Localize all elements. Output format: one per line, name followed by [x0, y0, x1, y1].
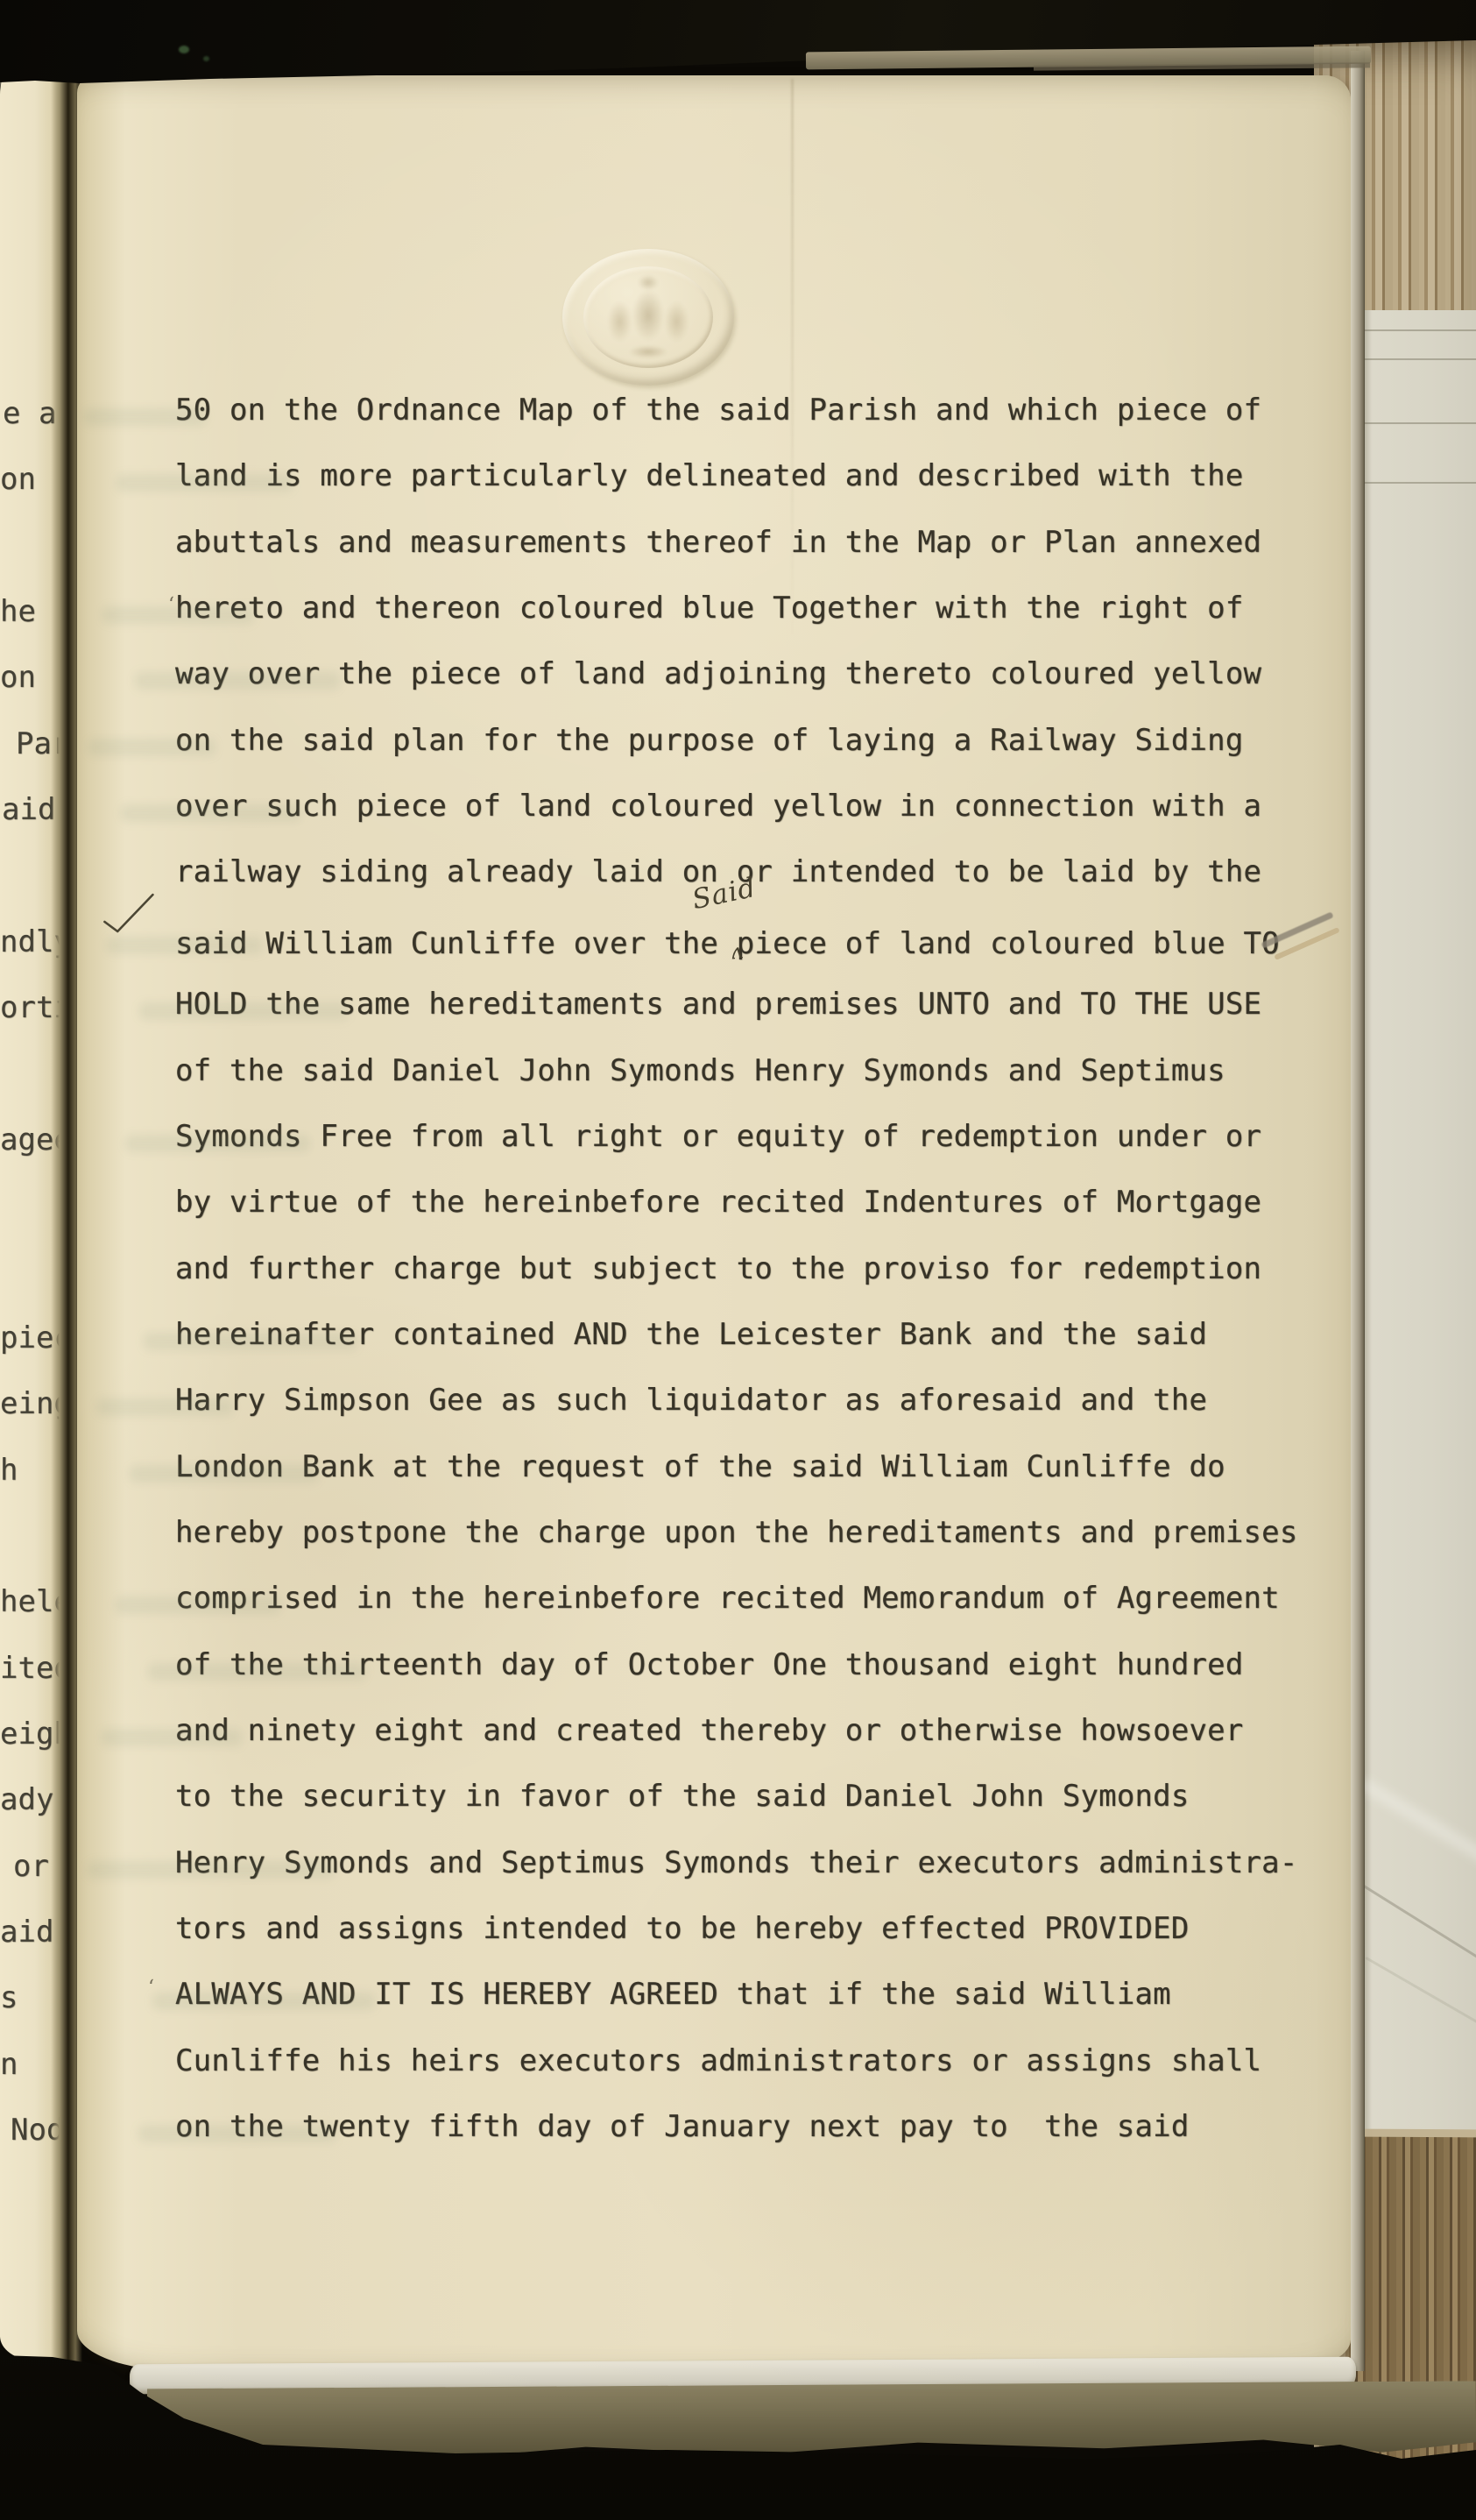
sheet-bottom-edge	[1363, 2129, 1476, 2138]
bleed-through-mark	[138, 2125, 336, 2142]
stray-tick-mark: ʻ	[148, 1977, 154, 1999]
bleed-through-mark	[152, 1993, 375, 2010]
bleed-through-mark	[121, 804, 301, 822]
margin-text-fragment: ady	[0, 1782, 53, 1817]
typewritten-line: hereto and thereon coloured blue Togethe…	[175, 591, 1244, 626]
bleed-through-mark	[107, 937, 263, 954]
typewritten-line: Cunliffe his heirs executors administrat…	[175, 2043, 1261, 2078]
margin-text-fragment: on	[0, 462, 36, 497]
green-fiber-speck	[203, 56, 209, 61]
margin-text-fragment: on	[0, 660, 36, 695]
bleed-through-mark	[116, 1596, 280, 1614]
sheet-fold-line	[1361, 358, 1476, 360]
bleed-through-mark	[97, 1398, 233, 1416]
bleed-through-mark	[130, 1465, 319, 1483]
handwritten-checkmark-icon	[100, 892, 159, 939]
green-fiber-speck	[179, 46, 189, 53]
sheet-crease	[1362, 1885, 1476, 1985]
bleed-through-mark	[139, 1002, 349, 1020]
bleed-through-mark	[125, 1135, 310, 1152]
typewritten-line: over such piece of land coloured yellow …	[175, 789, 1261, 824]
bleed-through-mark	[102, 1729, 242, 1746]
typewritten-line: and ninety eight and created thereby or …	[175, 1713, 1244, 1748]
typewritten-line: tors and assigns intended to be hereby e…	[175, 1911, 1190, 1946]
scanned-document-photo: e andonheonParkaidndlyortioageespieceein…	[0, 0, 1476, 2520]
bleed-through-mark	[117, 474, 293, 492]
bleed-through-mark	[102, 606, 254, 624]
sheet-crease	[1365, 1957, 1476, 2057]
bleed-through-mark	[88, 739, 215, 756]
typewritten-line: on the said plan for the purpose of layi…	[175, 723, 1244, 758]
typewritten-line: Henry Symonds and Septimus Symonds their…	[175, 1845, 1298, 1880]
margin-text-fragment: he	[0, 594, 36, 629]
typewritten-line: land is more particularly delineated and…	[175, 458, 1244, 493]
margin-text-fragment: aid	[0, 1915, 53, 1950]
typewritten-line: London Bank at the request of the said W…	[175, 1449, 1225, 1484]
typewritten-line: comprised in the hereinbefore recited Me…	[175, 1581, 1280, 1616]
bleed-through-mark	[88, 1861, 335, 1879]
typewritten-line: to the security in favor of the said Dan…	[175, 1779, 1190, 1814]
embossed-royal-seal	[562, 249, 734, 386]
typewritten-line: and further charge but subject to the pr…	[175, 1251, 1261, 1286]
seal-coat-of-arms	[597, 272, 699, 363]
bleed-through-mark	[144, 1333, 357, 1350]
margin-text-fragment: n	[0, 2047, 18, 2082]
sheet-fold-line	[1361, 482, 1476, 484]
stray-tick-mark: ʻ	[168, 594, 174, 616]
margin-text-fragment: aid	[2, 792, 55, 827]
inserted-white-sheet	[1361, 310, 1476, 2131]
typewritten-line: abuttals and measurements thereof in the…	[175, 525, 1261, 560]
typewritten-line: of the said Daniel John Symonds Henry Sy…	[175, 1053, 1225, 1088]
typewritten-line: by virtue of the hereinbefore recited In…	[175, 1185, 1261, 1220]
typewritten-line: hereby postpone the charge upon the here…	[175, 1515, 1298, 1550]
margin-text-fragment: h	[0, 1453, 18, 1488]
typewritten-line: Harry Simpson Gee as such liquidator as …	[175, 1383, 1207, 1418]
insertion-caret-mark: ʌ	[730, 938, 744, 964]
margin-text-fragment: or	[13, 1849, 49, 1884]
typewritten-line: Symonds Free from all right or equity of…	[175, 1119, 1261, 1154]
typewritten-line: said William Cunliffe over the piece of …	[175, 926, 1280, 961]
bleed-through-mark	[84, 408, 207, 426]
margin-text-fragment: s	[0, 1980, 18, 2015]
bleed-through-mark	[135, 672, 340, 690]
bleed-through-mark	[148, 1663, 366, 1681]
sheet-fold-line	[1361, 329, 1476, 331]
page-right-edge	[1351, 51, 1365, 2371]
typewritten-line: 50 on the Ordnance Map of the said Paris…	[175, 393, 1261, 428]
sheet-fold-line	[1361, 422, 1476, 424]
